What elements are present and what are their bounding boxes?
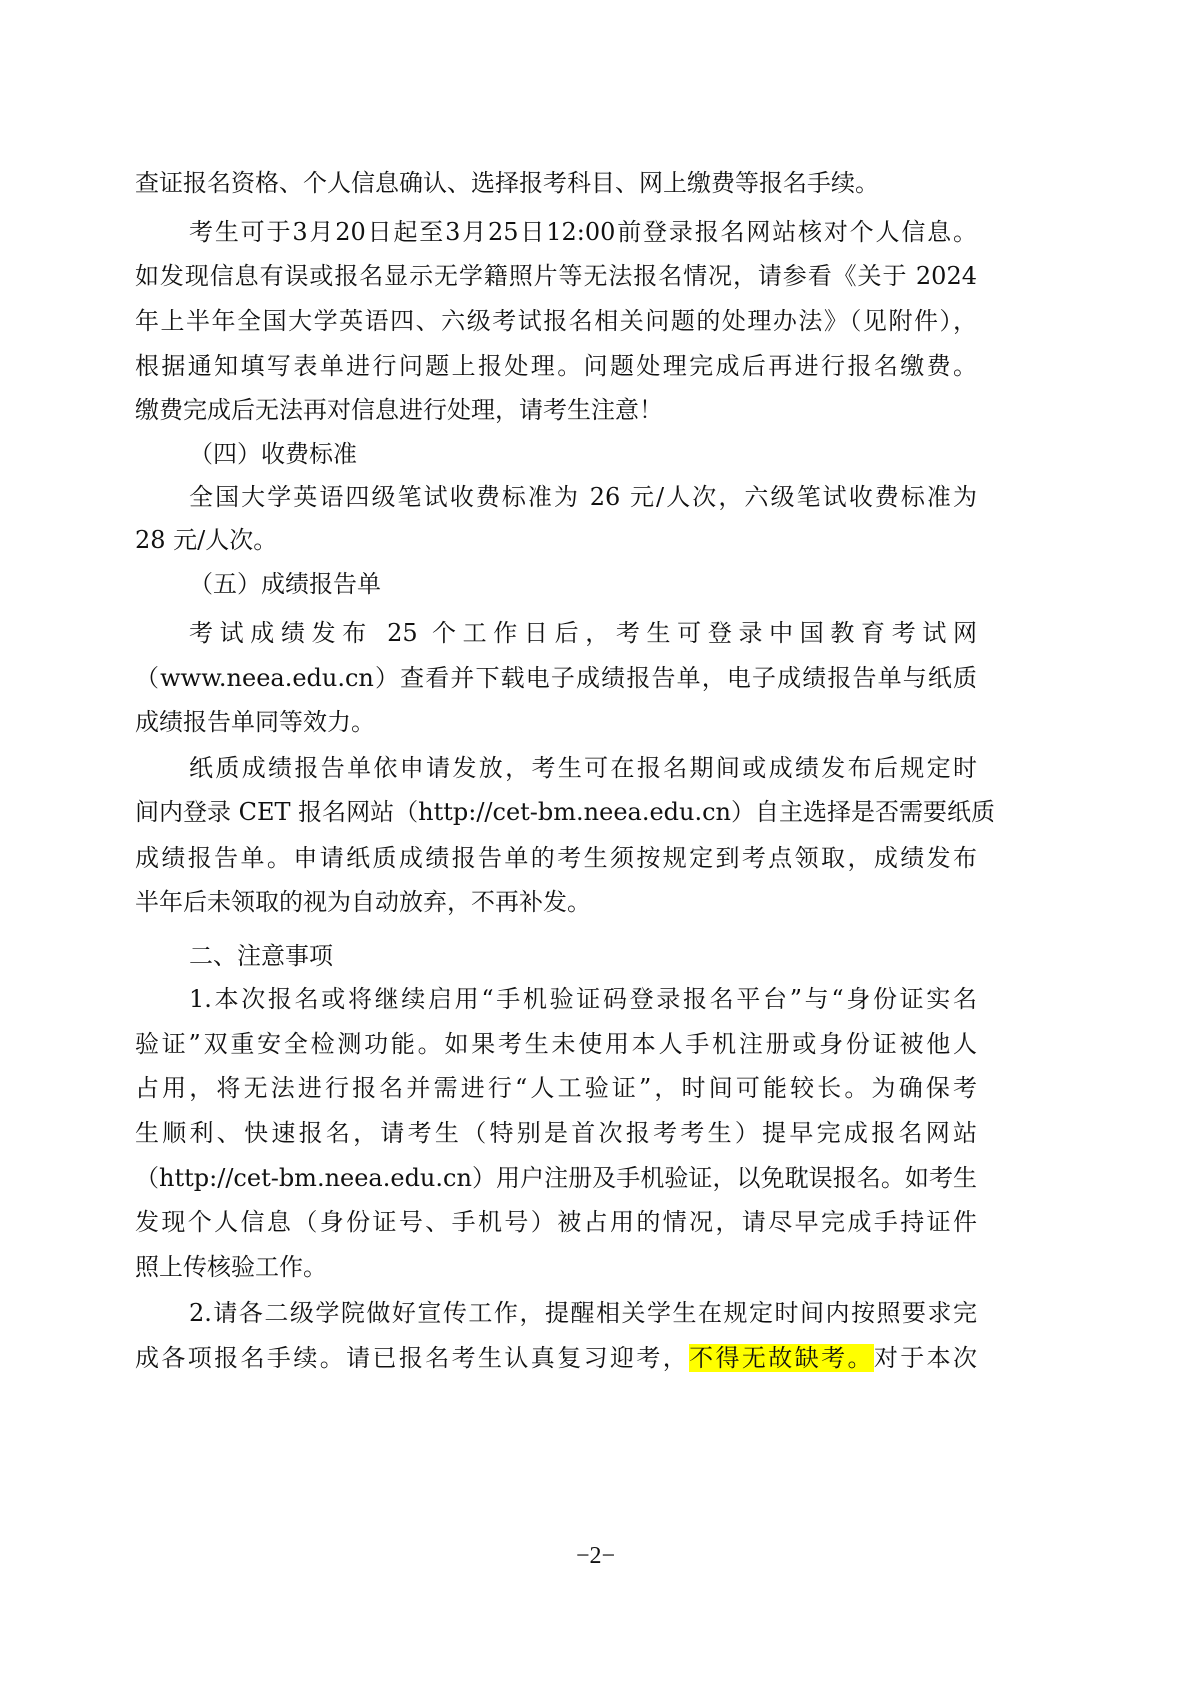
final-line-after: 对于本次 xyxy=(874,1344,977,1372)
paragraph-line-final: 成各项报名手续。请已报名考生认真复习迎考，不得无故缺考。对于本次 xyxy=(135,1336,977,1380)
paragraph-line: 发现个人信息（身份证号、手机号）被占用的情况，请尽早完成手持证件 xyxy=(135,1200,977,1244)
paragraph-line: （http://cet-bm.neea.edu.cn）用户注册及手机验证，以免耽… xyxy=(135,1156,977,1200)
final-line-before: 成各项报名手续。请已报名考生认真复习迎考， xyxy=(135,1344,689,1372)
paragraph-line: （五）成绩报告单 xyxy=(135,562,977,606)
paragraph-line: 查证报名资格、个人信息确认、选择报考科目、网上缴费等报名手续。 xyxy=(135,161,977,205)
paragraph-line: 二、注意事项 xyxy=(135,934,977,978)
paragraph-line: 成绩报告单。申请纸质成绩报告单的考生须按规定到考点领取，成绩发布 xyxy=(135,836,977,880)
paragraph-line: 根据通知填写表单进行问题上报处理。问题处理完成后再进行报名缴费。 xyxy=(135,344,977,388)
paragraph-line: 验证”双重安全检测功能。如果考生未使用本人手机注册或身份证被他人 xyxy=(135,1022,977,1066)
page-number: −2− xyxy=(0,1543,1191,1570)
paragraph-line: 占用，将无法进行报名并需进行“人工验证”，时间可能较长。为确保考 xyxy=(135,1066,977,1110)
highlighted-text: 不得无故缺考。 xyxy=(689,1344,874,1372)
paragraph-line: （四）收费标准 xyxy=(135,432,977,476)
paragraph-line: 考生可于3月20日起至3月25日12:00前登录报名网站核对个人信息。 xyxy=(135,210,977,254)
paragraph-line: 年上半年全国大学英语四、六级考试报名相关问题的处理办法》（见附件）， xyxy=(135,299,977,343)
paragraph-line: 照上传核验工作。 xyxy=(135,1245,977,1289)
paragraph-line: 缴费完成后无法再对信息进行处理，请考生注意！ xyxy=(135,388,977,432)
paragraph-line: 半年后未领取的视为自动放弃，不再补发。 xyxy=(135,880,977,924)
paragraph-line: 间内登录 CET 报名网站（http://cet-bm.neea.edu.cn）… xyxy=(135,790,977,834)
paragraph-line: （www.neea.edu.cn）查看并下载电子成绩报告单，电子成绩报告单与纸质 xyxy=(135,656,977,700)
paragraph-line: 纸质成绩报告单依申请发放，考生可在报名期间或成绩发布后规定时 xyxy=(135,746,977,790)
paragraph-line: 1.本次报名或将继续启用“手机验证码登录报名平台”与“身份证实名 xyxy=(135,977,977,1021)
paragraph-line: 生顺利、快速报名，请考生（特别是首次报考考生）提早完成报名网站 xyxy=(135,1111,977,1155)
document-page: 查证报名资格、个人信息确认、选择报考科目、网上缴费等报名手续。考生可于3月20日… xyxy=(0,0,1191,1684)
paragraph-line: 全国大学英语四级笔试收费标准为 26 元/人次，六级笔试收费标准为 xyxy=(135,475,977,519)
paragraph-line: 2.请各二级学院做好宣传工作，提醒相关学生在规定时间内按照要求完 xyxy=(135,1291,977,1335)
paragraph-line: 如发现信息有误或报名显示无学籍照片等无法报名情况，请参看《关于 2024 xyxy=(135,254,977,298)
paragraph-line: 成绩报告单同等效力。 xyxy=(135,700,977,744)
paragraph-line: 考试成绩发布 25 个工作日后，考生可登录中国教育考试网 xyxy=(135,611,977,655)
paragraph-line: 28 元/人次。 xyxy=(135,518,977,562)
